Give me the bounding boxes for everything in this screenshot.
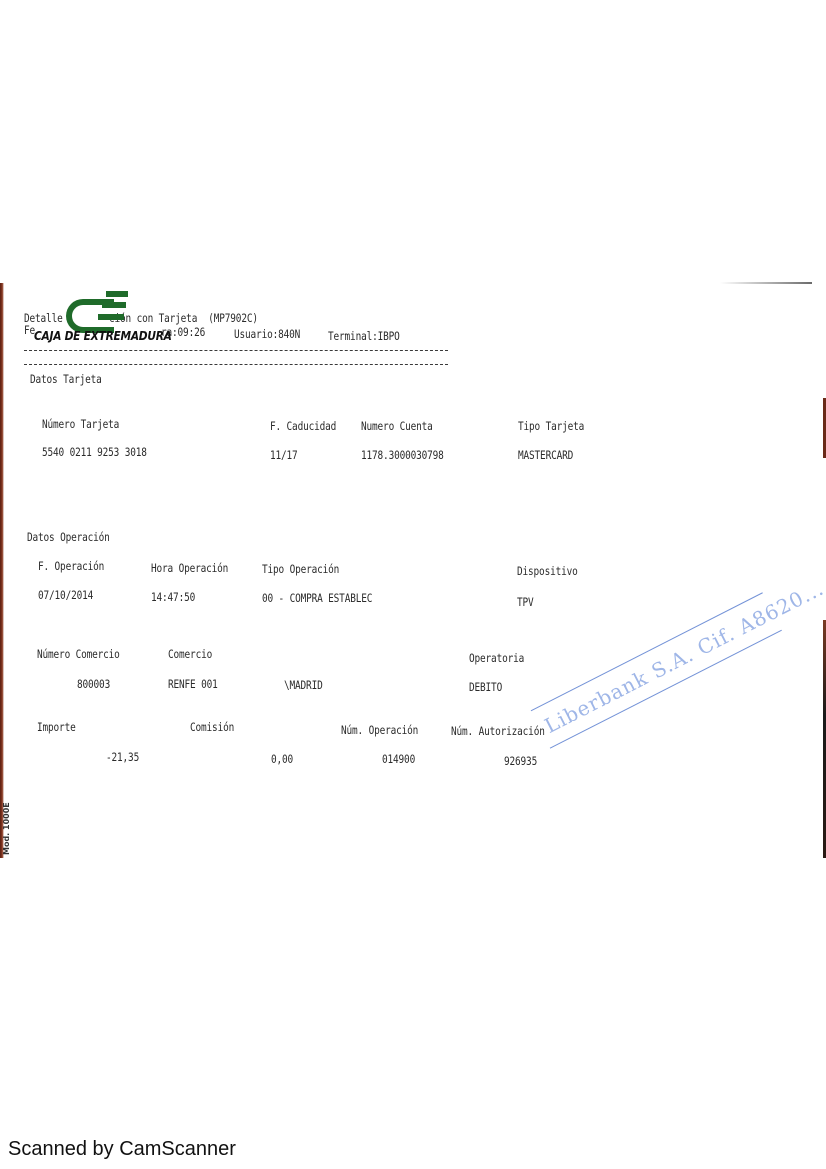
bank-stamp: Liberbank S.A. Cif. A8620... <box>528 587 796 776</box>
value-comercio-ciudad: \MADRID <box>284 678 323 692</box>
stamp-text: Liberbank S.A. Cif. A8620... <box>541 576 826 738</box>
label-numero-cuenta: Numero Cuenta <box>361 419 433 433</box>
scanner-watermark: Scanned by CamScanner <box>8 1138 236 1161</box>
value-comision: 0,00 <box>271 752 293 766</box>
form-model-note: Mod. 1000E <box>2 802 11 855</box>
label-numero-tarjeta: Número Tarjeta <box>42 417 119 431</box>
value-tipo-operacion: 00 - COMPRA ESTABLEC <box>262 591 372 605</box>
value-numero-comercio: 800003 <box>77 677 110 691</box>
label-numero-comercio: Número Comercio <box>37 647 120 661</box>
value-numero-tarjeta: 5540 0211 9253 3018 <box>42 445 147 459</box>
label-f-caducidad: F. Caducidad <box>270 419 336 433</box>
value-hora-operacion: 14:47:50 <box>151 590 195 604</box>
section-title-datos-operacion: Datos Operación <box>27 530 110 544</box>
label-tipo-operacion: Tipo Operación <box>262 562 339 576</box>
value-num-operacion: 014900 <box>382 752 415 766</box>
value-f-caducidad: 11/17 <box>270 448 298 462</box>
usuario-value: Usuario:840N <box>234 327 300 341</box>
value-dispositivo: TPV <box>517 595 534 609</box>
label-dispositivo: Dispositivo <box>517 564 578 578</box>
divider <box>24 364 448 365</box>
terminal-value: Terminal:IBPO <box>328 329 400 343</box>
divider <box>24 350 448 351</box>
label-comision: Comisión <box>190 720 234 734</box>
paper-edge-left <box>0 283 4 858</box>
label-tipo-tarjeta: Tipo Tarjeta <box>518 419 584 433</box>
label-operatoria: Operatoria <box>469 651 524 665</box>
bank-logo-text: CAJA DE EXTREMADURA <box>34 328 172 343</box>
label-f-operacion: F. Operación <box>38 559 104 573</box>
paper-edge-top <box>720 282 812 284</box>
label-num-autorizacion: Núm. Autorización <box>451 724 545 738</box>
section-title-datos-tarjeta: Datos Tarjeta <box>30 372 102 386</box>
value-f-operacion: 07/10/2014 <box>38 588 93 602</box>
label-hora-operacion: Hora Operación <box>151 561 228 575</box>
label-num-operacion: Núm. Operación <box>341 723 418 737</box>
value-numero-cuenta: 1178.3000030798 <box>361 448 444 462</box>
value-tipo-tarjeta: MASTERCARD <box>518 448 573 462</box>
value-num-autorizacion: 926935 <box>504 754 537 768</box>
label-importe: Importe <box>37 720 76 734</box>
label-comercio: Comercio <box>168 647 212 661</box>
value-importe: -21,35 <box>106 750 139 764</box>
value-comercio: RENFE 001 <box>168 677 218 691</box>
value-operatoria: DEBITO <box>469 680 502 694</box>
